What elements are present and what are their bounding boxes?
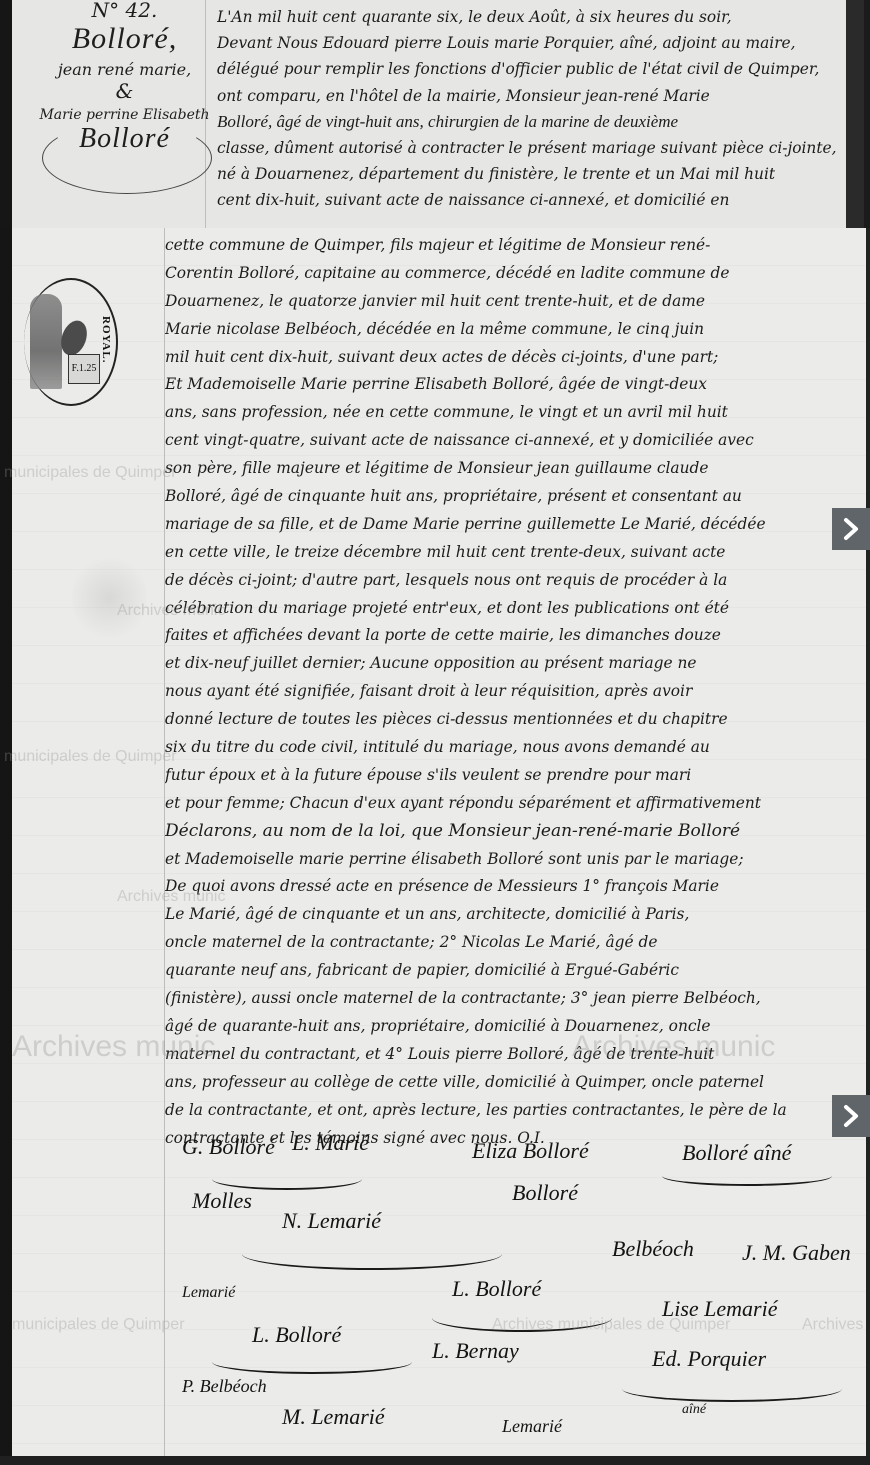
text-line: âgé de quarante-huit ans, propriétaire, …: [165, 1013, 858, 1041]
margin-conjunction: &: [32, 79, 217, 103]
text-line: Bolloré, âgé de cinquante huit ans, prop…: [165, 483, 858, 511]
text-line: et dix-neuf juillet dernier; Aucune oppo…: [165, 650, 858, 678]
text-line: et pour femme; Chacun d'eux ayant répond…: [165, 790, 858, 818]
text-line: (finistère), aussi oncle maternel de la …: [165, 985, 858, 1013]
signature: aîné: [682, 1402, 706, 1418]
text-line: mariage de sa fille, et de Dame Marie pe…: [165, 511, 858, 539]
signature: L. Bolloré: [452, 1276, 541, 1302]
text-line: ans, sans profession, née en cette commu…: [165, 399, 858, 427]
text-line: cent vingt-quatre, suivant acte de naiss…: [165, 427, 858, 455]
signature-flourish: [662, 1166, 832, 1186]
stamp-label: ROYAL.: [100, 316, 112, 363]
page-edge: [846, 0, 864, 228]
text-line: né à Douarnenez, département du finistèr…: [217, 161, 848, 187]
page-edge-right: [866, 228, 870, 1465]
page-scan: F.1.25 ROYAL. cette commune de Quimper, …: [12, 228, 866, 1456]
signature: Bolloré aîné: [682, 1140, 791, 1166]
page-edge-bottom: [0, 1456, 870, 1465]
text-line: six du titre du code civil, intitulé du …: [165, 734, 858, 762]
margin-bride-given: Marie perrine Elisabeth: [32, 107, 217, 123]
text-line: Corentin Bolloré, capitaine au commerce,…: [165, 260, 858, 288]
stamp-price: F.1.25: [68, 354, 100, 384]
chevron-right-icon: [841, 1104, 861, 1128]
signature-block: G. Bolloré L. Marié Eliza Bolloré Bollor…: [182, 1128, 862, 1448]
text-line: Douarnenez, le quatorze janvier mil huit…: [165, 288, 858, 316]
signature: N. Lemarié: [282, 1208, 381, 1234]
margin-groom-surname: Bolloré,: [32, 22, 217, 56]
text-line: Bolloré, âgé de vingt-huit ans, chirurgi…: [217, 109, 848, 135]
text-line: Marie nicolase Belbéoch, décédée en la m…: [165, 316, 858, 344]
signature: M. Lemarié: [282, 1404, 385, 1430]
margin-oval-flourish: [42, 122, 212, 194]
next-page-button[interactable]: [832, 508, 870, 550]
text-line: Et Mademoiselle Marie perrine Elisabeth …: [165, 371, 858, 399]
signature: Ed. Porquier: [652, 1346, 766, 1372]
text-line: de décès ci-joint; d'autre part, lesquel…: [165, 567, 858, 595]
text-line: délégué pour remplir les fonctions d'off…: [217, 56, 848, 82]
text-line: donné lecture de toutes les pièces ci-de…: [165, 706, 858, 734]
watermark: municipales de Quimper: [12, 1316, 185, 1334]
text-line: faites et affichées devant la porte de c…: [165, 622, 858, 650]
signature: Eliza Bolloré: [472, 1138, 589, 1164]
page-tile-top: N° 42. Bolloré, jean rené marie, & Marie…: [0, 0, 864, 228]
watermark: municipales de Quimper: [4, 464, 177, 482]
text-line: et Mademoiselle marie perrine élisabeth …: [165, 846, 858, 874]
signature: L. Bernay: [432, 1338, 519, 1364]
text-line: nous ayant été signifiée, faisant droit …: [165, 678, 858, 706]
signature: Molles: [192, 1188, 252, 1214]
text-line: quarante neuf ans, fabricant de papier, …: [165, 957, 858, 985]
text-line: célébration du mariage projeté entr'eux,…: [165, 595, 858, 623]
text-line: en cette ville, le treize décembre mil h…: [165, 539, 858, 567]
text-line: ont comparu, en l'hôtel de la mairie, Mo…: [217, 83, 848, 109]
signature: J. M. Gaben: [742, 1240, 851, 1266]
margin-groom-given: jean rené marie,: [32, 60, 217, 79]
signature-flourish: [212, 1350, 412, 1374]
record-number: N° 42.: [32, 0, 217, 22]
next-page-button-lower[interactable]: [832, 1095, 870, 1137]
text-line: maternel du contractant, et 4° Louis pie…: [165, 1041, 858, 1069]
record-text-main: cette commune de Quimper, fils majeur et…: [165, 232, 858, 1152]
signature: P. Belbéoch: [182, 1376, 267, 1397]
signature-flourish: [622, 1376, 842, 1402]
text-line: De quoi avons dressé acte en présence de…: [165, 873, 858, 901]
signature: Lemarié: [182, 1284, 235, 1302]
text-line: ans, professeur au collège de cette vill…: [165, 1069, 858, 1097]
signature: L. Marié: [292, 1130, 369, 1156]
page-tile-main: F.1.25 ROYAL. cette commune de Quimper, …: [0, 228, 870, 1465]
signature: G. Bolloré: [182, 1134, 275, 1160]
text-line: cent dix-huit, suivant acte de naissance…: [217, 187, 848, 213]
text-line: oncle maternel de la contractante; 2° Ni…: [165, 929, 858, 957]
signature: Bolloré: [512, 1180, 578, 1206]
record-text-top: L'An mil huit cent quarante six, le deux…: [217, 4, 848, 214]
signature-flourish: [212, 1168, 362, 1190]
signature: Lise Lemarié: [662, 1296, 778, 1322]
signature-flourish: [242, 1238, 502, 1270]
text-line: cette commune de Quimper, fils majeur et…: [165, 232, 858, 260]
text-line: futur époux et à la future épouse s'ils …: [165, 762, 858, 790]
signature: Lemarié: [502, 1416, 562, 1437]
text-line: Devant Nous Edouard pierre Louis marie P…: [217, 30, 848, 56]
text-line: classe, dûment autorisé à contracter le …: [217, 135, 848, 161]
royal-tax-stamp: F.1.25 ROYAL.: [24, 278, 118, 406]
faded-stamp-imprint: [72, 553, 147, 643]
chevron-right-icon: [841, 517, 861, 541]
text-line: Le Marié, âgé de cinquante et un ans, ar…: [165, 901, 858, 929]
text-line: de la contractante, et ont, après lectur…: [165, 1097, 858, 1125]
document-viewer: N° 42. Bolloré, jean rené marie, & Marie…: [0, 0, 870, 1465]
text-line: mil huit cent dix-huit, suivant deux act…: [165, 344, 858, 372]
page-edge-left: [0, 228, 12, 1465]
signature-flourish: [432, 1304, 612, 1332]
text-line: Déclarons, au nom de la loi, que Monsieu…: [165, 818, 858, 846]
stamp-figure-icon: [30, 294, 62, 389]
signature: Belbéoch: [612, 1236, 694, 1262]
signature: L. Bolloré: [252, 1322, 341, 1348]
watermark: municipales de Quimper: [4, 748, 177, 766]
text-line: son père, fille majeure et légitime de M…: [165, 455, 858, 483]
text-line: L'An mil huit cent quarante six, le deux…: [217, 4, 848, 30]
